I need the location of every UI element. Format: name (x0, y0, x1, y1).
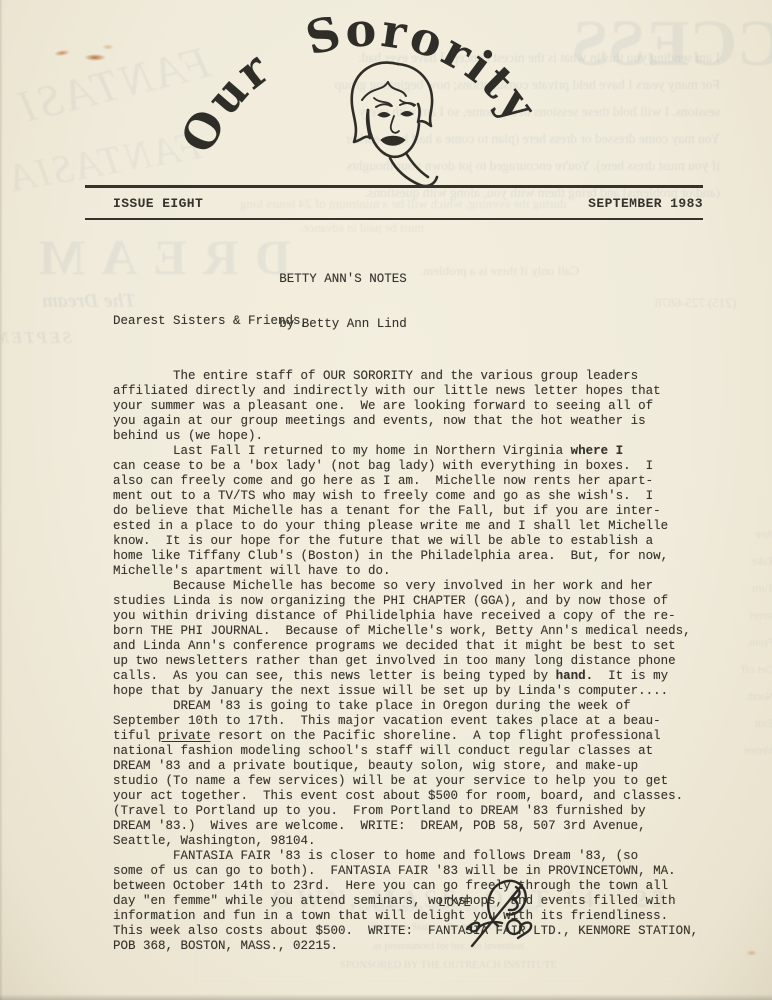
letter-paragraph: Last Fall I returned to my home in North… (113, 444, 719, 579)
ghost-text-september: SEPTEM (0, 328, 72, 348)
letter-paragraph: Because Michelle has become so very invo… (113, 579, 719, 699)
letter-salutation: Dearest Sisters & Friends, (113, 314, 719, 329)
letter-paragraph: FANTASIA FAIR '83 is closer to home and … (113, 849, 719, 954)
horizontal-rule-bottom (85, 218, 703, 220)
ghost-text-advance: must be paid in advance. (300, 221, 424, 236)
issue-bar: ISSUE EIGHT SEPTEMBER 1983 (113, 196, 703, 211)
scan-edge (0, 0, 3, 1000)
letter-paragraph: The entire staff of OUR SORORITY and the… (113, 369, 719, 444)
ghost-text-right-column: AveTakeTurnstreetFromGet offNorth.ExitVe… (722, 522, 772, 765)
letter-paragraph: DREAM '83 is going to take place in Oreg… (113, 699, 719, 849)
letter-body: Dearest Sisters & Friends, The entire st… (113, 284, 719, 969)
letter-paragraphs: The entire staff of OUR SORORITY and the… (113, 369, 719, 954)
signature (462, 876, 550, 958)
issue-number: ISSUE EIGHT (113, 196, 203, 211)
scan-edge (0, 994, 772, 1000)
woman-face-illustration (352, 63, 437, 186)
scanned-newsletter-page: { "masthead": { "arc_title": "Our Sorori… (0, 0, 772, 1000)
masthead-arc-title: Our Sorority (170, 2, 549, 161)
ink-stain (746, 950, 757, 956)
horizontal-rule-top (85, 185, 703, 188)
issue-date: SEPTEMBER 1983 (588, 196, 703, 211)
masthead-logo: Our Sorority (0, 0, 772, 200)
